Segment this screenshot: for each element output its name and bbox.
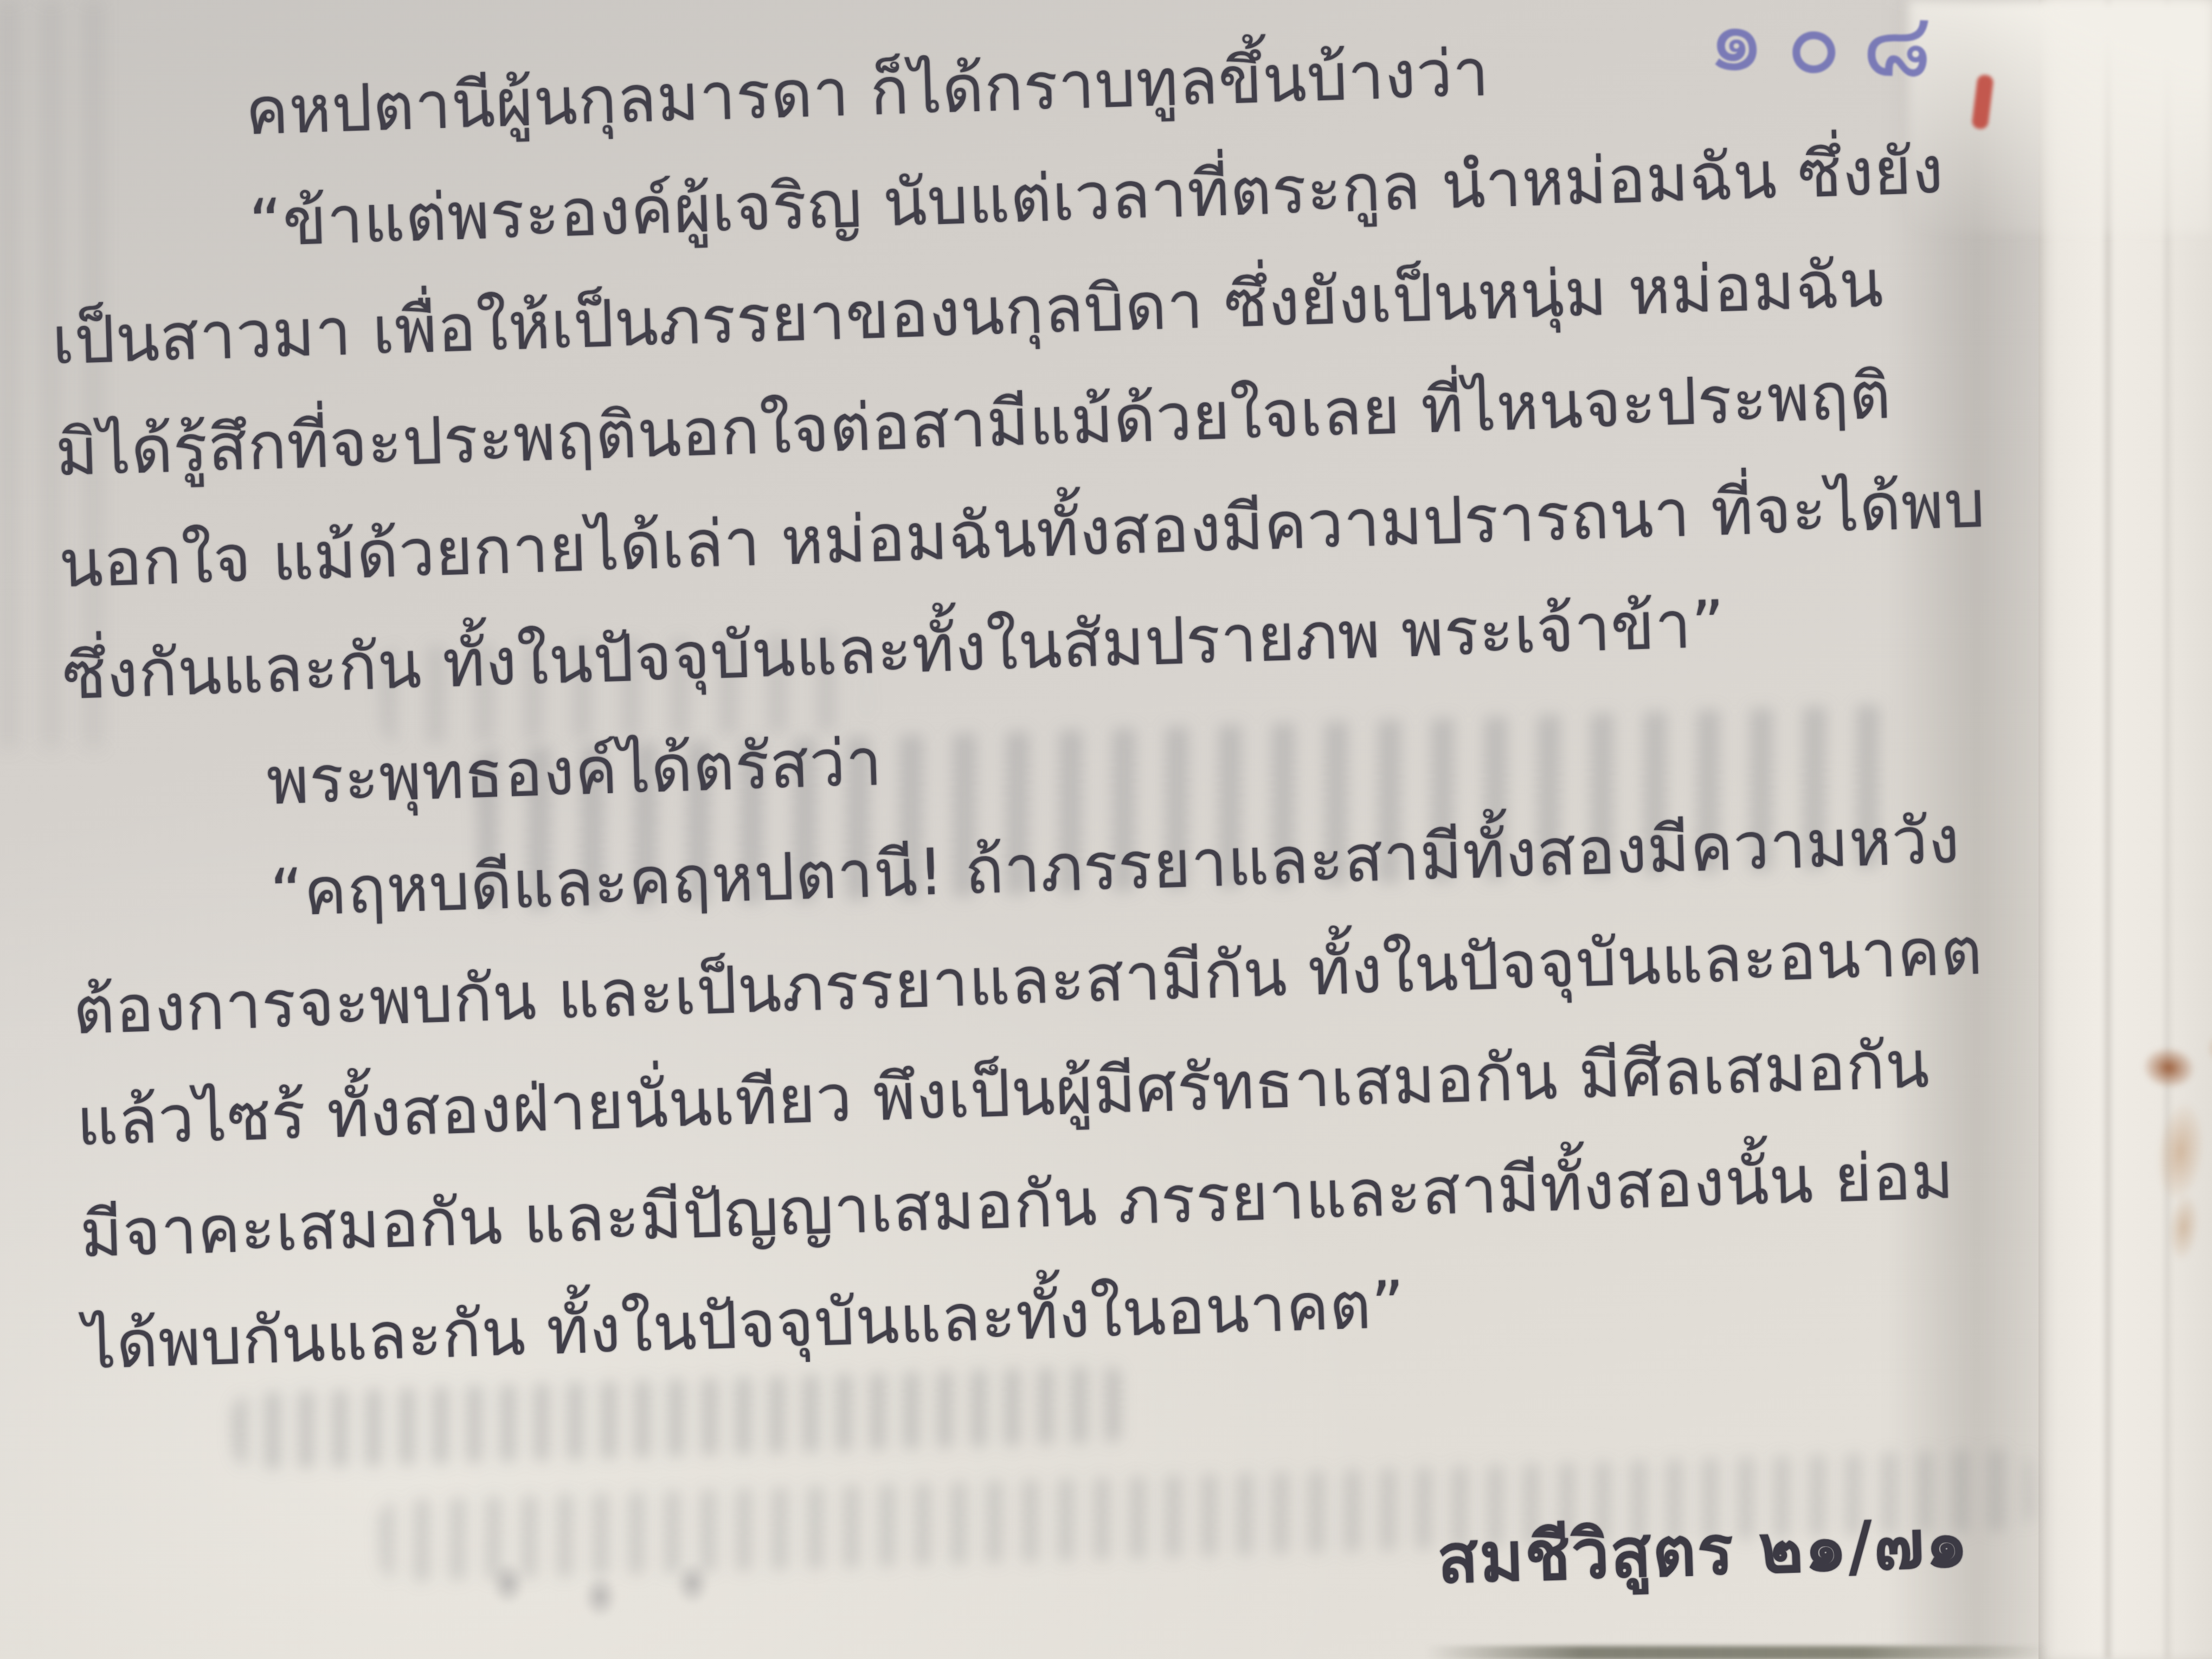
page-right-edge bbox=[2039, 0, 2212, 1659]
book-page-photo: ๑๐๘ คหปตานีผู้นกุลมารดา ก็ได้กราบทูลขึ้น… bbox=[0, 0, 2212, 1659]
page-bottom-edge-shadow bbox=[1426, 1646, 2049, 1659]
showthrough-dot bbox=[675, 1561, 710, 1605]
showthrough-dot bbox=[583, 1575, 618, 1618]
showthrough-dot bbox=[491, 1561, 525, 1605]
printed-text-block: คหปตานีผู้นกุลมารดา ก็ได้กราบทูลขึ้นบ้าง… bbox=[43, 2, 1998, 1401]
page-edge-crease bbox=[2165, 0, 2170, 1659]
page-edge-crease bbox=[2106, 0, 2110, 1659]
sutta-citation: สมชีวิสูตร ๒๑/๗๑ bbox=[1436, 1489, 1971, 1612]
